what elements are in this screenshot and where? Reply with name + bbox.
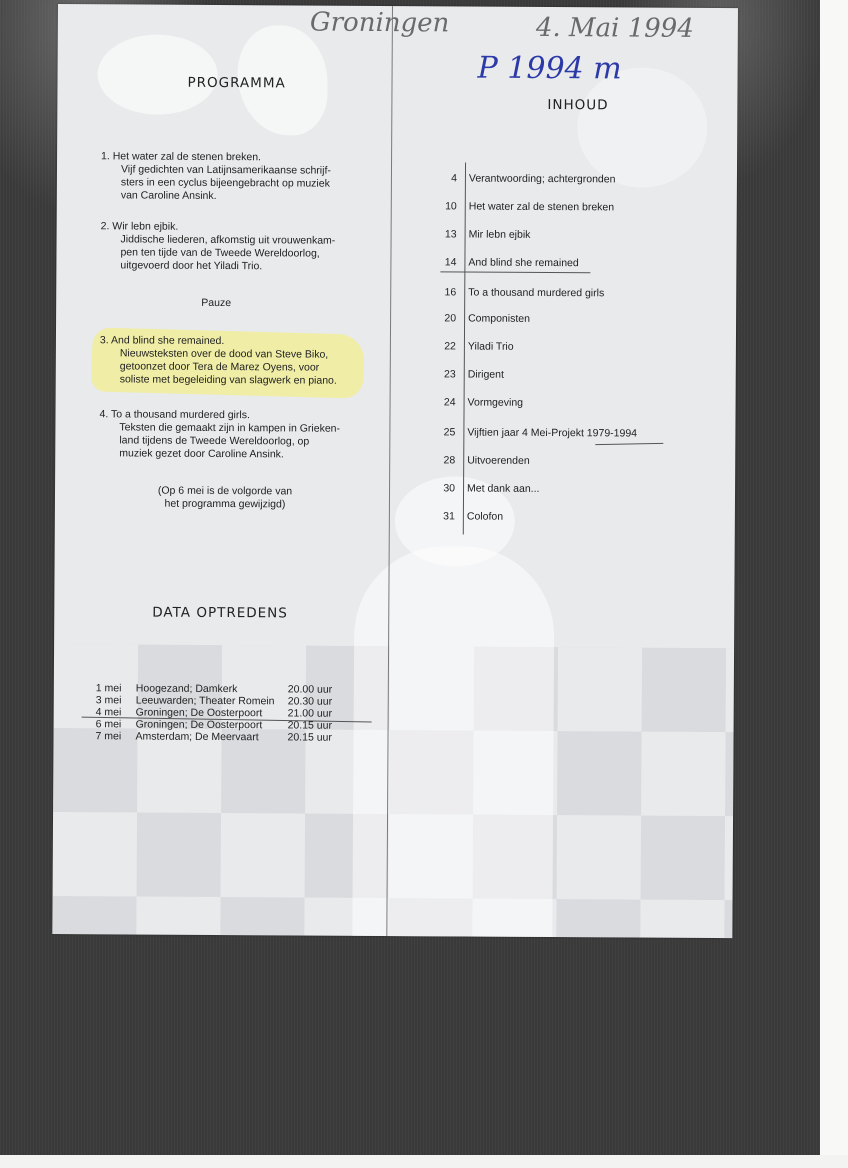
toc-label: To a thousand murdered girls bbox=[468, 287, 604, 300]
chess-pawn-watermark-body bbox=[352, 546, 554, 938]
pencil-underline bbox=[440, 271, 590, 273]
toc-label: Yiladi Trio bbox=[468, 341, 514, 353]
toc-entry: 24Vormgeving bbox=[426, 396, 726, 398]
performance-date: 7 mei bbox=[95, 730, 121, 742]
toc-label: Dirigent bbox=[468, 369, 504, 381]
scan-margin-right bbox=[820, 0, 848, 1168]
toc-page-number: 30 bbox=[425, 482, 455, 494]
performance-venue: Groningen; De Oosterpoort bbox=[136, 718, 263, 731]
toc-page-number: 20 bbox=[426, 312, 456, 324]
performance-time: 21.00 uur bbox=[288, 707, 332, 719]
program-booklet-page: Groningen 4. Mai 1994 P 1994 m PROGRAMMA… bbox=[52, 4, 738, 938]
programma-heading: PROGRAMMA bbox=[187, 75, 285, 92]
performance-time: 20.15 uur bbox=[287, 731, 331, 743]
toc-label: Vijftien jaar 4 Mei-Projekt 1979-1994 bbox=[467, 427, 637, 440]
inhoud-heading: INHOUD bbox=[547, 97, 608, 113]
program-item: 2. Wir lebn ejbik. Jiddische liederen, a… bbox=[100, 220, 390, 274]
toc-label: Verantwoording; achtergronden bbox=[469, 173, 616, 186]
program-item-highlighted: 3. And blind she remained. Nieuwsteksten… bbox=[100, 334, 390, 388]
performance-time: 20.15 uur bbox=[288, 719, 332, 731]
note-line: het programma gewijzigd) bbox=[125, 497, 325, 511]
performance-venue: Hoogezand; Damkerk bbox=[136, 682, 238, 695]
pause-label: Pauze bbox=[116, 296, 316, 310]
program-item-desc: uitgevoerd door het Yiladi Trio. bbox=[100, 259, 390, 274]
toc-label: Colofon bbox=[467, 511, 503, 523]
toc-entry: 16To a thousand murdered girls bbox=[426, 286, 726, 288]
program-item-desc: soliste met begeleiding van slagwerk en … bbox=[100, 373, 390, 388]
note-line: (Op 6 mei is de volgorde van bbox=[125, 484, 325, 498]
toc-page-number: 23 bbox=[426, 368, 456, 380]
toc-page-number: 24 bbox=[426, 396, 456, 408]
toc-entry: 10Het water zal de stenen breken bbox=[427, 200, 727, 202]
pencil-underline bbox=[595, 443, 663, 446]
program-item-desc: muziek gezet door Caroline Ansink. bbox=[99, 447, 389, 462]
scan-margin-bottom bbox=[0, 1155, 848, 1168]
toc-label: Uitvoerenden bbox=[467, 455, 530, 467]
toc-page-number: 10 bbox=[427, 200, 457, 212]
toc-page-number: 16 bbox=[426, 286, 456, 298]
toc-entry: 20Componisten bbox=[426, 312, 726, 314]
program-change-note: (Op 6 mei is de volgorde van het program… bbox=[125, 484, 325, 511]
program-item-desc: van Caroline Ansink. bbox=[101, 189, 391, 204]
toc-label: Componisten bbox=[468, 313, 530, 325]
toc-page-number: 25 bbox=[425, 426, 455, 438]
performance-venue: Amsterdam; De Meervaart bbox=[135, 730, 258, 743]
handwritten-city: Groningen bbox=[310, 8, 450, 39]
toc-label: Mir lebn ejbik bbox=[469, 229, 531, 241]
performance-date: 3 mei bbox=[96, 694, 122, 706]
toc-page-number: 14 bbox=[426, 256, 456, 268]
performance-venue: Leeuwarden; Theater Romein bbox=[136, 694, 275, 707]
program-item: 1. Het water zal de stenen breken. Vijf … bbox=[101, 150, 391, 204]
performance-date: 6 mei bbox=[96, 718, 122, 730]
toc-page-number: 28 bbox=[425, 454, 455, 466]
toc-entry: 14And blind she remained bbox=[426, 256, 726, 258]
toc-entry: 13Mir lebn ejbik bbox=[427, 228, 727, 230]
handwritten-archive-code: P 1994 m bbox=[478, 51, 622, 87]
toc-label: Het water zal de stenen breken bbox=[469, 201, 614, 214]
performance-time: 20.30 uur bbox=[288, 695, 332, 707]
toc-label: And blind she remained bbox=[468, 257, 578, 270]
handwritten-date: 4. Mai 1994 bbox=[536, 13, 694, 44]
optredens-heading: DATA OPTREDENS bbox=[152, 605, 288, 622]
toc-page-number: 13 bbox=[427, 228, 457, 240]
toc-entry: 30Met dank aan... bbox=[425, 482, 725, 484]
toc-page-number: 4 bbox=[427, 172, 457, 184]
toc-page-number: 31 bbox=[425, 510, 455, 522]
toc-label: Vormgeving bbox=[468, 397, 524, 409]
toc-entry: 23Dirigent bbox=[426, 368, 726, 370]
toc-page-number: 22 bbox=[426, 340, 456, 352]
toc-entry: 31Colofon bbox=[425, 510, 725, 512]
program-item: 4. To a thousand murdered girls. Teksten… bbox=[99, 408, 389, 462]
toc-entry: 28Uitvoerenden bbox=[425, 454, 725, 456]
toc-entry: 22Yiladi Trio bbox=[426, 340, 726, 342]
performance-time: 20.00 uur bbox=[288, 683, 332, 695]
toc-entry: 25Vijftien jaar 4 Mei-Projekt 1979-1994 bbox=[425, 426, 725, 428]
performance-date: 1 mei bbox=[96, 682, 122, 694]
toc-label: Met dank aan... bbox=[467, 483, 539, 495]
